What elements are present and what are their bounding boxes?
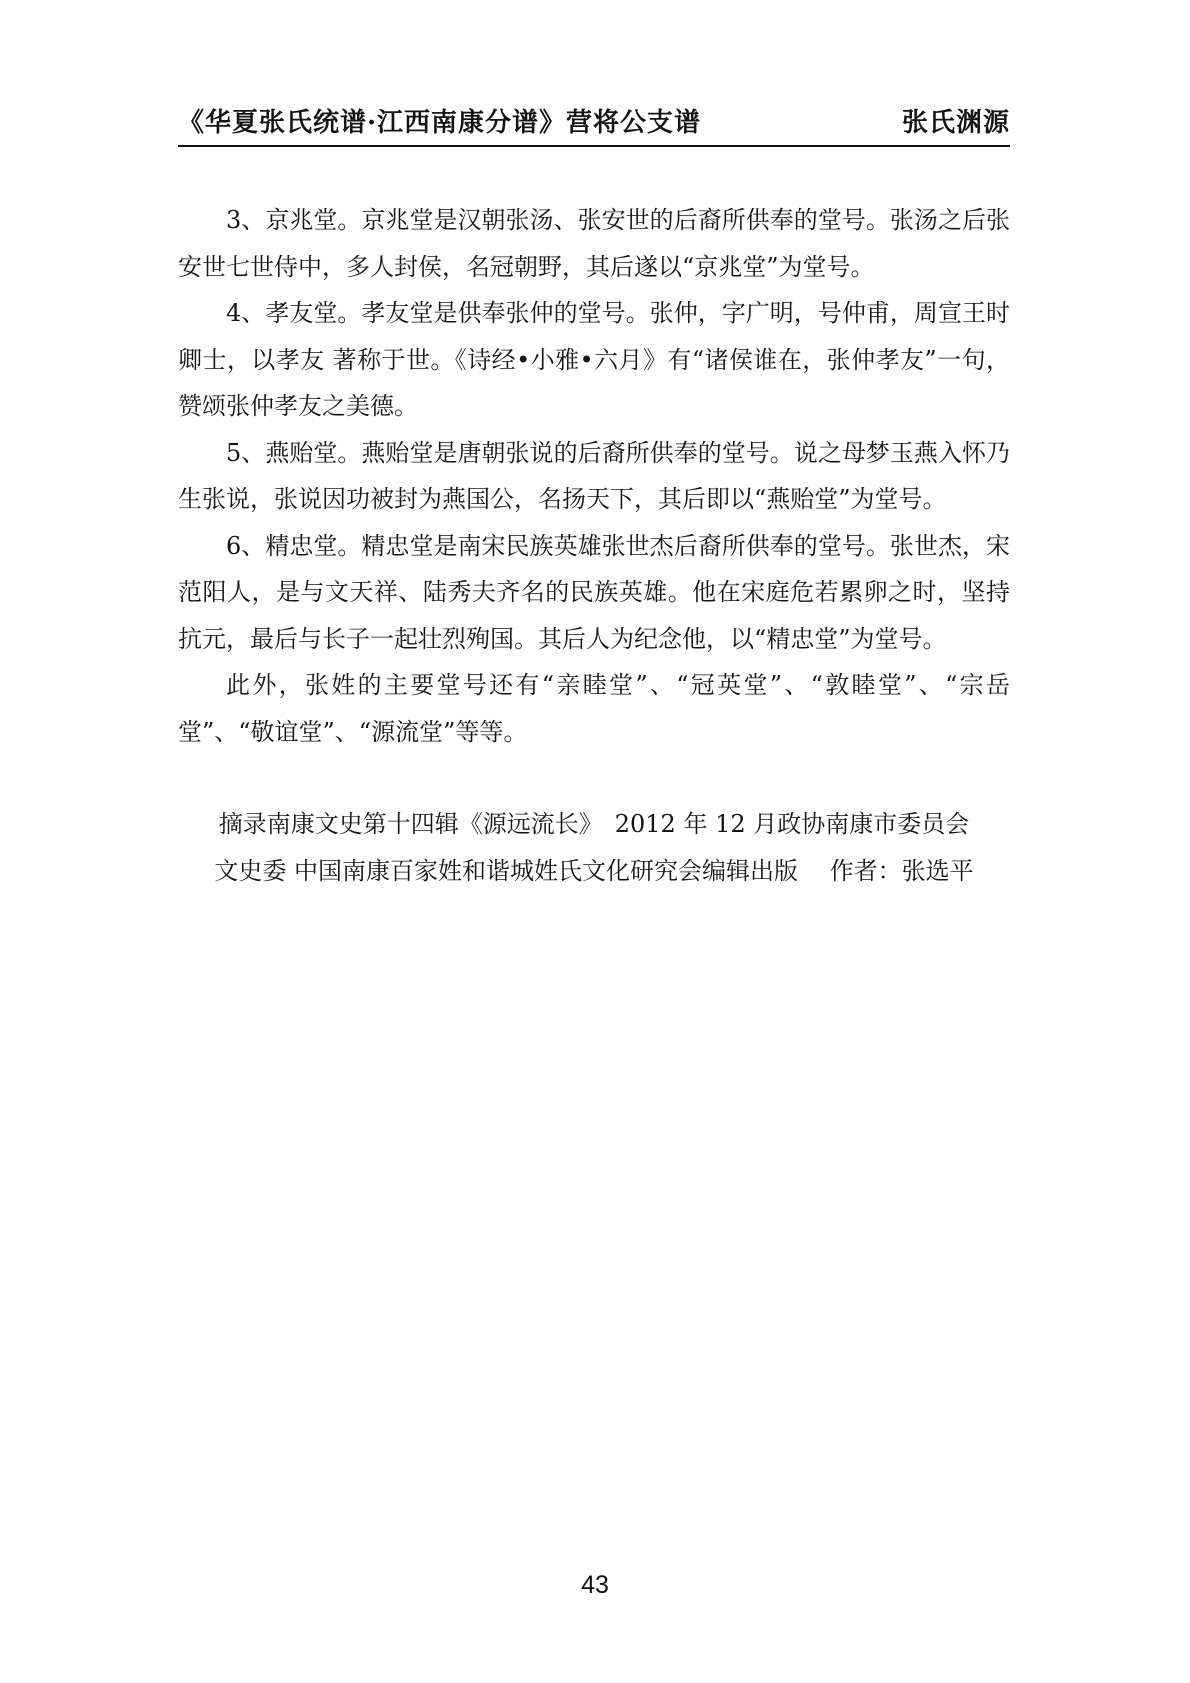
document-page: 《华夏张氏统谱·江西南康分谱》营将公支谱 张氏渊源 3、京兆堂。京兆堂是汉朝张汤… <box>0 0 1190 1683</box>
header-title-left: 《华夏张氏统谱·江西南康分谱》营将公支谱 <box>178 106 701 140</box>
citation-block: 摘录南康文史第十四辑《源远流长》 2012 年 12 月政协南康市委员会 文史委… <box>178 801 1010 894</box>
paragraph-other-halls: 此外，张姓的主要堂号还有“亲睦堂”、“冠英堂”、“敦睦堂”、“宗岳堂”、“敬谊堂… <box>178 662 1010 755</box>
citation-line-1: 摘录南康文史第十四辑《源远流长》 2012 年 12 月政协南康市委员会 <box>178 801 1010 848</box>
page-number: 43 <box>0 1572 1190 1598</box>
header-title-right: 张氏渊源 <box>902 106 1010 140</box>
page-header: 《华夏张氏统谱·江西南康分谱》营将公支谱 张氏渊源 <box>178 106 1010 147</box>
paragraph-xiaoyou-tang: 4、孝友堂。孝友堂是供奉张仲的堂号。张仲，字广明，号仲甫，周宣王时卿士，以孝友 … <box>178 290 1010 430</box>
paragraph-yanyi-tang: 5、燕贻堂。燕贻堂是唐朝张说的后裔所供奉的堂号。说之母梦玉燕入怀乃生张说，张说因… <box>178 430 1010 523</box>
document-body: 3、京兆堂。京兆堂是汉朝张汤、张安世的后裔所供奉的堂号。张汤之后张安世七世侍中，… <box>178 197 1010 894</box>
citation-line-2: 文史委 中国南康百家姓和谐城姓氏文化研究会编辑出版 作者：张选平 <box>178 848 1010 895</box>
paragraph-jingzhong-tang: 6、精忠堂。精忠堂是南宋民族英雄张世杰后裔所供奉的堂号。张世杰，宋范阳人，是与文… <box>178 523 1010 663</box>
paragraph-jingzhao-tang: 3、京兆堂。京兆堂是汉朝张汤、张安世的后裔所供奉的堂号。张汤之后张安世七世侍中，… <box>178 197 1010 290</box>
